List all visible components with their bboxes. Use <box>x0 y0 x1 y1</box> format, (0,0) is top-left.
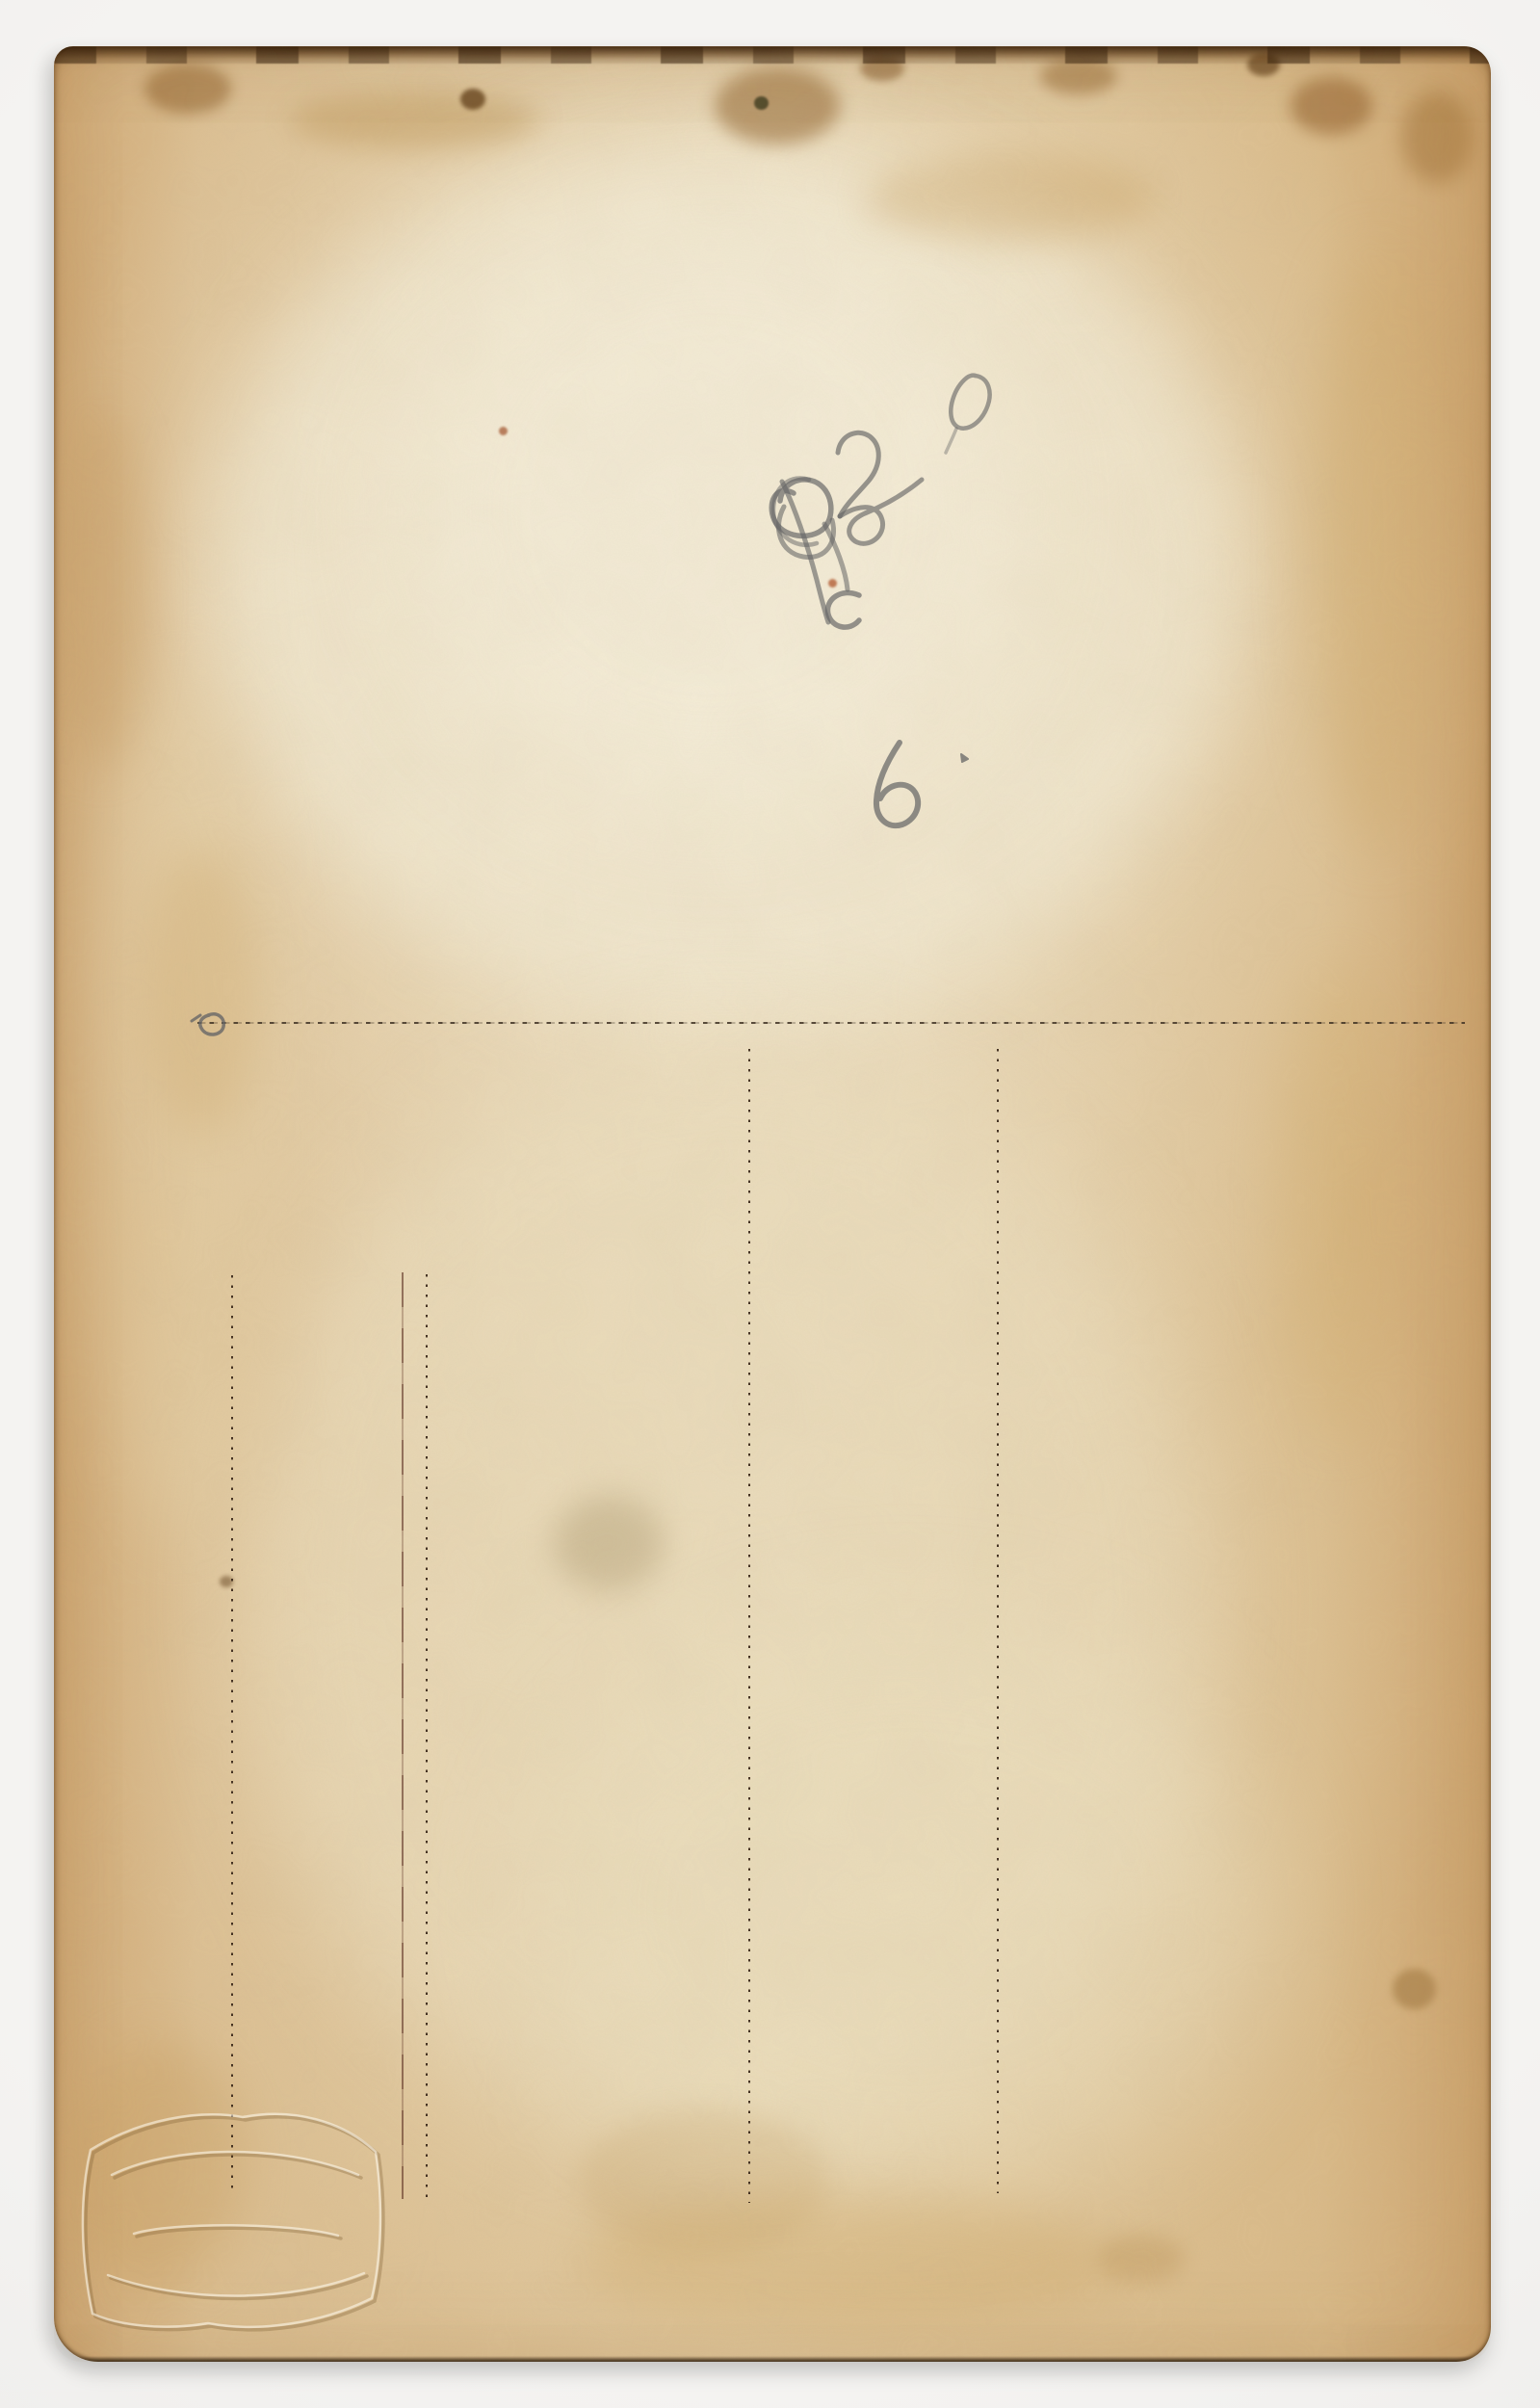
address-line-3 <box>231 1275 233 2193</box>
stain <box>289 92 539 149</box>
light-wash-patch <box>405 212 1021 809</box>
stain <box>578 2196 1117 2331</box>
light-wash-patch <box>241 1040 1214 2158</box>
stain <box>220 1576 233 1587</box>
postcard-back <box>54 46 1491 2362</box>
stain <box>460 89 485 110</box>
address-line-2 <box>997 1049 999 2193</box>
stain <box>499 427 508 435</box>
message-address-divider <box>197 1022 1465 1024</box>
light-wash-patch <box>207 125 1247 1021</box>
stain <box>1291 77 1372 135</box>
scanner-background: { "scene": { "description": "Scanned bac… <box>0 0 1540 2408</box>
stain <box>58 405 144 771</box>
light-wash-patch <box>87 674 270 1541</box>
stain <box>67 2042 241 2292</box>
stain <box>867 154 1156 241</box>
address-line-4-solid <box>402 1272 404 2199</box>
stain <box>554 1495 665 1591</box>
stain <box>1401 92 1474 183</box>
address-line-1 <box>748 1049 750 2203</box>
stain <box>1098 2235 1185 2283</box>
bottom-dark-edge <box>54 2356 1491 2362</box>
stain <box>828 579 837 588</box>
burnt-top-edge <box>54 46 1491 64</box>
stain <box>1281 963 1396 1445</box>
scan-stage <box>0 0 1540 2408</box>
stain <box>1310 250 1445 848</box>
address-line-4 <box>426 1274 428 2197</box>
stain <box>578 2109 828 2254</box>
stain <box>1393 1969 1436 2009</box>
stain <box>144 848 260 1137</box>
light-wash-patch <box>539 1618 1271 2196</box>
stain <box>144 64 231 114</box>
stain <box>715 67 840 144</box>
stain <box>754 96 769 110</box>
